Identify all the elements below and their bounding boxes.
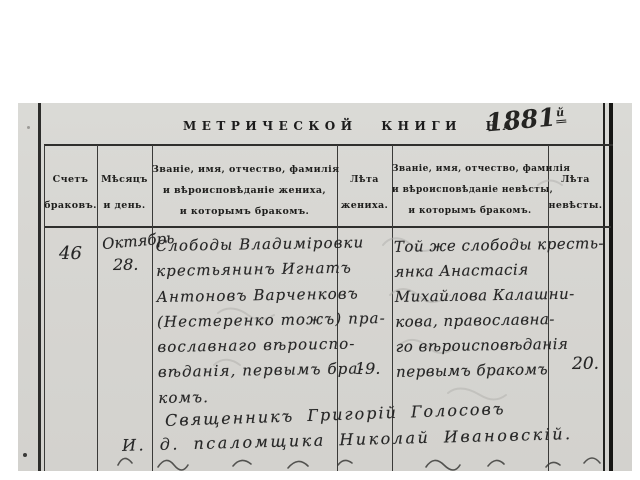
header-line: невѣсты. [548,193,603,219]
header-cell-count: Счетъ браковъ. [44,167,97,219]
header-bottom-line [44,226,611,228]
groom-age: 19. [355,359,380,378]
title-year: 1881й [485,103,567,137]
document-scan: МЕТРИЧЕСКОЙ КНИГИ НА 1881й Счетъ браковъ… [18,103,632,471]
header-line: и вѣроисповѣданіе невѣсты, [392,180,548,201]
header-line: Лѣта [337,167,392,193]
record-day: 28. [113,255,138,274]
record-number: 46 [44,243,97,264]
header-line: браковъ. [44,193,97,219]
header-line: Мѣсяцъ [97,167,152,193]
title-year-number: 1881 [485,103,557,137]
page-fold-line [38,103,41,471]
bride-age: 20. [572,354,599,374]
handwritten-line: янка Анастасія [394,256,605,285]
header-cell-bride-age: Лѣта невѣсты. [548,167,603,219]
ink-speck [23,453,27,457]
slide-background: МЕТРИЧЕСКОЙ КНИГИ НА 1881й Счетъ браковъ… [0,0,640,480]
ink-speck [27,126,30,129]
header-line: Званіе, имя, отчество, фамилія [392,159,548,180]
handwritten-line: Михайлова Калашни- [395,281,606,310]
header-cell-groom: Званіе, имя, отчество, фамилія и вѣроисп… [152,159,337,222]
header-line: и вѣроисповѣданіе жениха, [152,180,337,201]
header-cell-date: Мѣсяцъ и день. [97,167,152,219]
title-year-suffix: й [555,105,566,123]
handwritten-line: кова, православна- [395,306,606,335]
handwritten-line: Антоновъ Варченковъ [156,281,385,310]
header-cell-bride: Званіе, имя, отчество, фамилія и вѣроисп… [392,159,548,222]
header-line: Счетъ [44,167,97,193]
header-line: жениха. [337,193,392,219]
table-right-border-thick [609,103,613,471]
book-title: МЕТРИЧЕСКОЙ КНИГИ НА [183,119,518,133]
header-line: и день. [97,193,152,219]
header-cell-groom-age: Лѣта жениха. [337,167,392,219]
groom-description: Слободы Владиміровки крестьянинъ Игнатъ … [155,230,387,411]
header-line: Лѣта [548,167,603,193]
handwritten-line: крестьянинъ Игнатъ [156,255,385,284]
handwritten-line: вѣданія, первымъ бра- [158,356,387,385]
header-line: и которымъ бракомъ. [392,201,548,222]
table-top-line [44,144,613,146]
header-line: и которымъ бракомъ. [152,201,337,222]
header-line: Званіе, имя, отчество, фамилія [152,159,337,180]
handwritten-line: Той же слободы кресть- [394,231,605,260]
